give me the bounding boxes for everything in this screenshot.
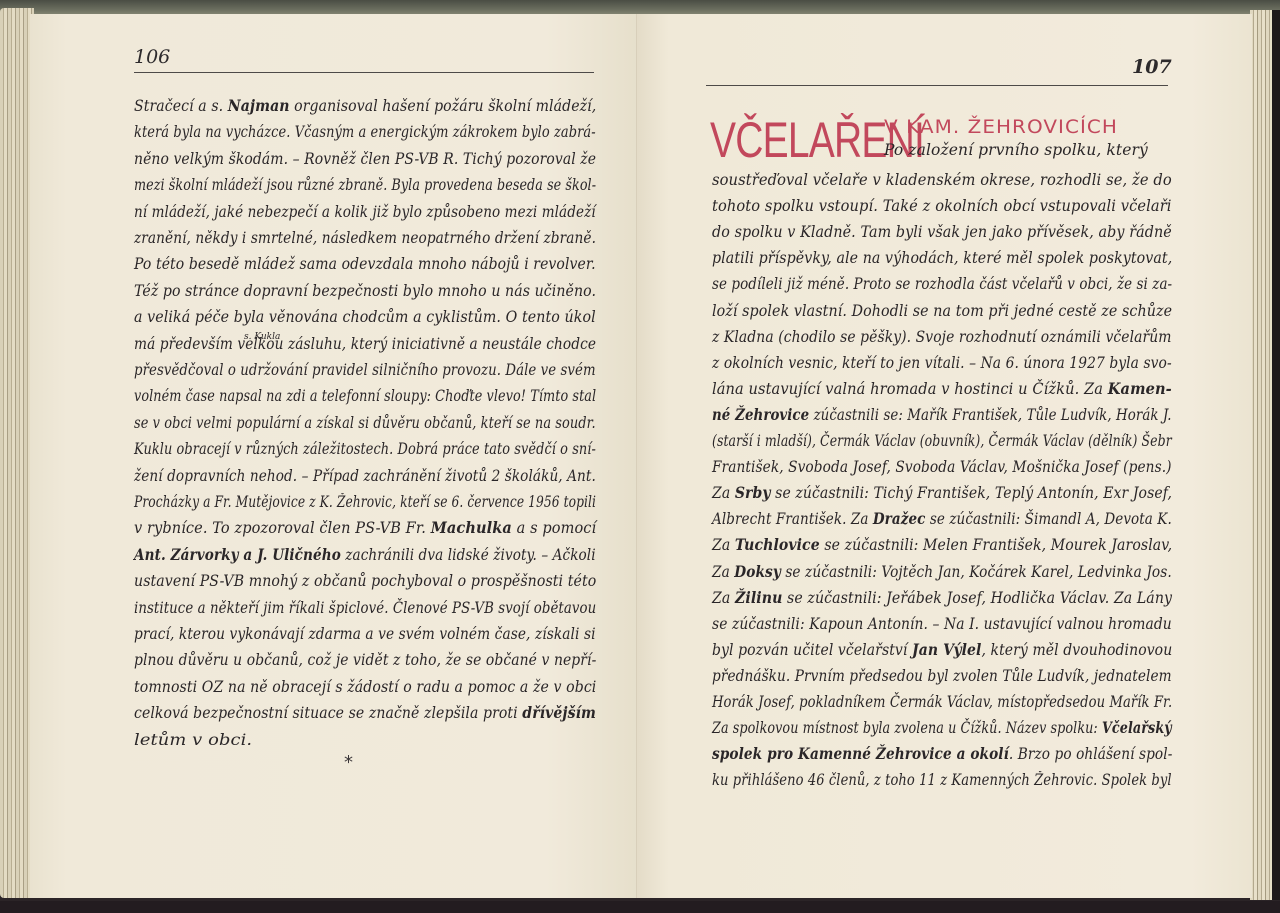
page-number-left: 106 <box>134 46 170 68</box>
line-text: volném čase napsal na zdi a telefonní sl… <box>134 387 596 405</box>
text-line: žení dopravních nehod. – Případ zachráně… <box>134 466 596 485</box>
line-text: Za <box>712 536 735 554</box>
text-line: která byla na vycházce. Včasným a energi… <box>134 122 596 141</box>
line-text: se podíleli již méně. Proto se rozhodla … <box>712 275 1172 293</box>
text-line: byl pozván učitel včelařství Jan Výlel, … <box>712 640 1172 659</box>
text-line: Ant. Zárvorky a J. Uličného zachránili d… <box>134 545 596 564</box>
text-line: spolek pro Kamenné Žehrovice a okolí. Br… <box>712 744 1172 763</box>
line-text: přednášku. Prvním předsedou byl zvolen T… <box>712 667 1172 685</box>
text-line: ní mládeží, jaké nebezpečí a kolik již b… <box>134 202 596 221</box>
text-line: ku přihlášeno 46 členů, z toho 11 z Kame… <box>712 770 1172 789</box>
text-line: Za Srby se zúčastnili: Tichý František, … <box>712 483 1172 502</box>
line-text: něno velkým škodám. – Rovněž člen PS-VB … <box>134 150 596 168</box>
text-line: má především velkou zásluhu, který inici… <box>134 334 596 353</box>
text-line: přednášku. Prvním předsedou byl zvolen T… <box>712 666 1172 685</box>
open-book-scan: 106 Stračecí a s. Najman organisoval haš… <box>0 0 1280 913</box>
line-text: loží spolek vlastní. Dohodli se na tom p… <box>712 302 1172 320</box>
line-text: Za <box>712 589 735 607</box>
line-text: do spolku v Kladně. Tam byli však jen ja… <box>712 223 1172 241</box>
line-text: prací, kterou vykonávají zdarma a ve své… <box>134 625 596 643</box>
line-text: z okolních vesnic, kteří to jen vítali. … <box>712 354 1172 372</box>
text-line: plnou důvěru u občanů, což je vidět z to… <box>134 650 596 669</box>
line-text: zachránili dva lidské životy. – Ačkoli <box>341 546 596 564</box>
text-line: né Žehrovice zúčastnili se: Mařík Franti… <box>712 405 1172 424</box>
text-line: se v obci velmi populární a získal si dů… <box>134 413 596 432</box>
line-text: ustavení PS-VB mnohý z občanů pochyboval… <box>134 572 596 590</box>
text-line: volném čase napsal na zdi a telefonní sl… <box>134 386 596 405</box>
text-line: Procházky a Fr. Mutějovice z K. Žehrovic… <box>134 492 596 511</box>
line-text: se v obci velmi populární a získal si dů… <box>134 414 596 432</box>
text-line: instituce a někteří jim říkali špiclové.… <box>134 598 596 617</box>
header-rule-left <box>134 72 594 73</box>
text-line: tomnosti OZ na ně obracejí s žádostí o r… <box>134 677 596 696</box>
line-emphasis: Tuchlovice <box>735 535 820 554</box>
text-line: Za Doksy se zúčastnili: Vojtěch Jan, Koč… <box>712 562 1172 581</box>
line-emphasis: spolek pro Kamenné Žehrovice a okolí <box>712 744 1009 763</box>
text-line: se podíleli již méně. Proto se rozhodla … <box>712 274 1172 293</box>
line-emphasis: Srby <box>735 483 771 502</box>
header-rule-right <box>706 85 1168 86</box>
line-text: Kuklu obracejí v různých záležitostech. … <box>134 440 596 458</box>
line-text: zúčastnili se: Mařík František, Tůle Lud… <box>809 406 1171 424</box>
text-line: v rybníce. To zpozoroval člen PS-VB Fr. … <box>134 518 596 537</box>
line-emphasis: Ant. Zárvorky a J. Uličného <box>134 545 341 564</box>
text-line: soustřeďoval včelaře v kladenském okrese… <box>712 170 1172 189</box>
line-text: ní mládeží, jaké nebezpečí a kolik již b… <box>134 203 596 221</box>
line-text: se zúčastnili: Tichý František, Teplý An… <box>771 484 1172 502</box>
text-line: přesvědčoval o udržování pravidel silnič… <box>134 360 596 379</box>
left-page: 106 Stračecí a s. Najman organisoval haš… <box>30 14 638 898</box>
text-line: loží spolek vlastní. Dohodli se na tom p… <box>712 301 1172 320</box>
line-text: Též po stránce dopravní bezpečnosti bylo… <box>134 282 596 300</box>
text-line: zranění, někdy i smrtelné, následkem neo… <box>134 228 596 247</box>
text-line: mezi školní mládeží jsou různé zbraně. B… <box>134 175 596 194</box>
line-emphasis: Kamen- <box>1108 379 1172 398</box>
line-text: František, Svoboda Josef, Svoboda Václav… <box>712 458 1172 476</box>
text-line: z okolních vesnic, kteří to jen vítali. … <box>712 353 1172 372</box>
text-line: (starší i mladší), Čermák Václav (obuvní… <box>712 431 1172 450</box>
line-text: se zúčastnili: Šimandl A, Devota K. <box>925 510 1171 528</box>
text-line: Za Žilinu se zúčastnili: Jeřábek Josef, … <box>712 588 1172 607</box>
line-emphasis: Najman <box>228 96 290 115</box>
right-page: 107 VČELAŘENÍ V KAM. ŽEHROVICÍCH Po zalo… <box>638 14 1252 898</box>
line-text: která byla na vycházce. Včasným a energi… <box>134 123 596 141</box>
line-text: Za <box>712 484 735 502</box>
section-heading-small: V KAM. ŽEHROVICÍCH <box>884 116 1118 138</box>
line-text: z Kladna (chodilo se pěšky). Svoje rozho… <box>712 328 1172 346</box>
line-text: Za <box>712 563 734 581</box>
left-page-stack <box>0 8 34 898</box>
line-text: , který měl dvouhodinovou <box>981 641 1172 659</box>
text-line: Za spolkovou místnost byla zvolena u Číž… <box>712 718 1172 737</box>
page-number-right: 107 <box>1132 56 1172 78</box>
line-text: byl pozván učitel včelařství <box>712 641 912 659</box>
line-text: se zúčastnili: Jeřábek Josef, Hodlička V… <box>782 589 1172 607</box>
line-text: mezi školní mládeží jsou různé zbraně. B… <box>134 176 596 194</box>
text-line: Po této besedě mládež sama odevzdala mno… <box>134 254 596 273</box>
line-text: ku přihlášeno 46 členů, z toho 11 z Kame… <box>712 771 1172 789</box>
text-line: Kuklu obracejí v různých záležitostech. … <box>134 439 596 458</box>
line-text: tomnosti OZ na ně obracejí s žádostí o r… <box>134 678 596 696</box>
book-bottom-edge <box>0 901 1280 913</box>
line-text: Stračecí a s. <box>134 97 228 115</box>
line-text: letům v obci. <box>134 731 252 749</box>
text-line: tohoto spolku vstoupí. Také z okolních o… <box>712 196 1172 215</box>
line-text: lána ustavující valná hromada v hostinci… <box>712 380 1108 398</box>
line-text: plnou důvěru u občanů, což je vidět z to… <box>134 651 596 669</box>
line-text: se zúčastnili: Vojtěch Jan, Kočárek Kare… <box>781 563 1172 581</box>
line-emphasis: dřívějším <box>522 703 596 722</box>
text-line: Též po stránce dopravní bezpečnosti bylo… <box>134 281 596 300</box>
line-text: tohoto spolku vstoupí. Také z okolních o… <box>712 197 1172 215</box>
line-emphasis: Dražec <box>873 509 926 528</box>
right-shadow <box>1272 10 1280 900</box>
line-text: se zúčastnili: Kapoun Antonín. – Na I. u… <box>712 615 1172 633</box>
line-text: v rybníce. To zpozoroval člen PS-VB Fr. <box>134 519 431 537</box>
text-line: něno velkým škodám. – Rovněž člen PS-VB … <box>134 149 596 168</box>
line-text: a s pomocí <box>512 519 596 537</box>
line-text: soustřeďoval včelaře v kladenském okrese… <box>712 171 1172 189</box>
line-emphasis: Doksy <box>734 562 781 581</box>
end-mark-asterisk: * <box>344 752 353 773</box>
line-text: Za spolkovou místnost byla zvolena u Číž… <box>712 719 1102 737</box>
line-emphasis: Včelařský <box>1102 718 1172 737</box>
text-line: z Kladna (chodilo se pěšky). Svoje rozho… <box>712 327 1172 346</box>
line-emphasis: né Žehrovice <box>712 405 809 424</box>
text-line: letům v obci. <box>134 730 252 749</box>
text-line: prací, kterou vykonávají zdarma a ve své… <box>134 624 596 643</box>
line-emphasis: Jan Výlel <box>912 640 981 659</box>
line-text: zranění, někdy i smrtelné, následkem neo… <box>134 229 596 247</box>
line-text: (starší i mladší), Čermák Václav (obuvní… <box>712 432 1172 450</box>
text-line: celková bezpečnostní situace se značně z… <box>134 703 596 722</box>
insertion-note: s. Kukla <box>244 332 280 342</box>
line-text: platili příspěvky, ale na výhodách, kter… <box>712 249 1172 267</box>
line-text: přesvědčoval o udržování pravidel silnič… <box>134 361 596 379</box>
line-text: instituce a někteří jim říkali špiclové.… <box>134 599 596 617</box>
text-line: Horák Josef, pokladníkem Čermák Václav, … <box>712 692 1172 711</box>
line-text: Horák Josef, pokladníkem Čermák Václav, … <box>712 693 1172 711</box>
text-line: do spolku v Kladně. Tam byli však jen ja… <box>712 222 1172 241</box>
text-line: platili příspěvky, ale na výhodách, kter… <box>712 248 1172 267</box>
first-text-line: Po založení prvního spolku, který <box>884 141 1148 159</box>
text-line: se zúčastnili: Kapoun Antonín. – Na I. u… <box>712 614 1172 633</box>
line-text: Po této besedě mládež sama odevzdala mno… <box>134 255 596 273</box>
text-line: lána ustavující valná hromada v hostinci… <box>712 379 1172 398</box>
text-line: a veliká péče byla věnována chodcům a cy… <box>134 307 596 326</box>
line-text: . Brzo po ohlášení spol- <box>1009 745 1173 763</box>
line-text: Procházky a Fr. Mutějovice z K. Žehrovic… <box>134 493 596 511</box>
text-line: Za Tuchlovice se zúčastnili: Melen Frant… <box>712 535 1172 554</box>
text-line: František, Svoboda Josef, Svoboda Václav… <box>712 457 1172 476</box>
text-line: Stračecí a s. Najman organisoval hašení … <box>134 96 596 115</box>
line-text: a veliká péče byla věnována chodcům a cy… <box>134 308 596 326</box>
line-text: žení dopravních nehod. – Případ zachráně… <box>134 467 596 485</box>
line-emphasis: Machulka <box>431 518 512 537</box>
line-text: se zúčastnili: Melen František, Mourek J… <box>820 536 1172 554</box>
text-line: Albrecht František. Za Dražec se zúčastn… <box>712 509 1172 528</box>
text-line: ustavení PS-VB mnohý z občanů pochyboval… <box>134 571 596 590</box>
line-text: celková bezpečnostní situace se značně z… <box>134 704 522 722</box>
line-text: Albrecht František. Za <box>712 510 873 528</box>
line-text: má především velkou zásluhu, který inici… <box>134 335 596 353</box>
line-text: organisoval hašení požáru školní mládeží… <box>290 97 597 115</box>
line-emphasis: Žilinu <box>735 588 782 607</box>
